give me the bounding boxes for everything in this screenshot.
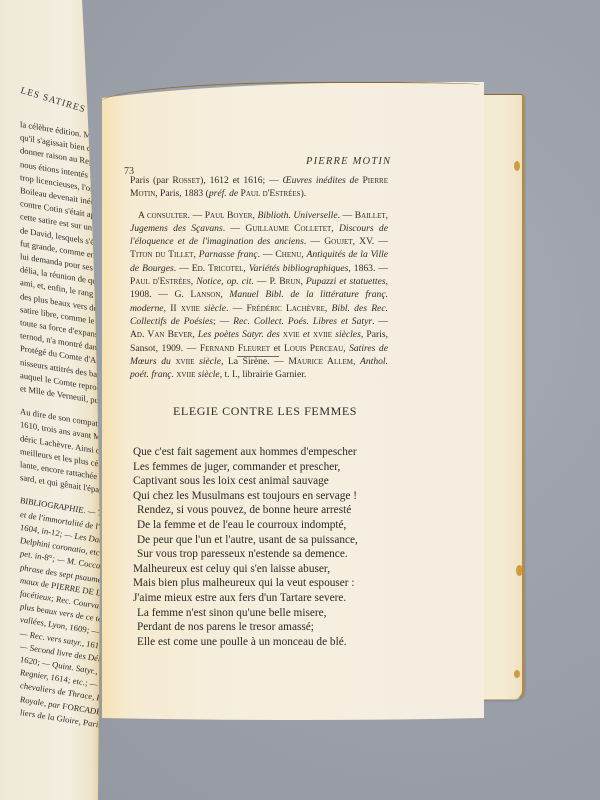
note-title: Rec. Collect. Poés. Libres et Satyr xyxy=(233,316,372,327)
note-author: Goujet xyxy=(324,236,352,247)
note-text: , XV. — xyxy=(353,236,388,247)
note-author: Ed. Tricotel xyxy=(192,263,244,274)
note-author: Paul d'Estrées xyxy=(238,188,300,199)
note-author: xviie xyxy=(313,329,332,340)
note-title: Notice, op. cit xyxy=(196,276,251,287)
note-text: , La Sirène. — xyxy=(221,356,288,367)
note-author: Titon du Tillet xyxy=(130,249,193,260)
note-author: xviie xyxy=(175,356,194,367)
note-author: Chenu xyxy=(275,249,301,260)
section-separator-rule xyxy=(237,356,279,357)
poem-line: Qui chez les Musulmans est toujours en s… xyxy=(133,489,433,504)
note-text: , xyxy=(325,303,332,314)
note-author: P. Brun xyxy=(270,276,301,287)
note-author: Rosset xyxy=(172,175,200,186)
note-title: Variétés bibliographiques xyxy=(249,263,349,274)
note-text: , xyxy=(353,356,360,367)
note-text: , xyxy=(331,223,339,234)
poem-line: Mais bien plus malheureux qui la veut es… xyxy=(133,576,433,591)
note-author: Baillet xyxy=(355,210,386,221)
note-title: Œuvres inédites de xyxy=(283,175,359,186)
note-title: Pupazzi et statuettes xyxy=(306,276,386,287)
note-title: préf. de xyxy=(209,188,238,199)
note-text: , II xyxy=(164,303,181,314)
note-text: . — xyxy=(258,249,276,260)
note-text: . — xyxy=(174,263,192,274)
note-text: . — xyxy=(223,223,246,234)
poem-line: De la femme et de l'eau le courroux indo… xyxy=(133,518,433,533)
note-title: Les poètes Satyr. des xyxy=(198,329,283,340)
poem-line: Que c'est fait sagement aux hommes d'emp… xyxy=(133,445,433,460)
poem-line: Elle est come une poulle à un monceau de… xyxy=(133,635,433,650)
note-title: et xyxy=(300,329,313,340)
note-author: xviie xyxy=(181,303,200,314)
note-text: . — xyxy=(338,210,355,221)
poem-line: J'aime mieux estre aux fers d'un Tartare… xyxy=(133,591,433,606)
note-title: Jugemens des Sçavans xyxy=(130,223,223,234)
note-text: . — xyxy=(226,303,246,314)
note-text: ). xyxy=(301,188,307,199)
note-author: Ad. Van Bever xyxy=(130,329,192,340)
note-title: Biblioth. Universelle xyxy=(257,210,337,221)
note-author: xvie xyxy=(283,329,300,340)
foxing-stain xyxy=(514,161,520,171)
note-author: A consulter. xyxy=(138,210,190,221)
note-text: , t. I., librairie Garnier. xyxy=(220,369,307,380)
note-title: Parnasse franç xyxy=(199,249,258,260)
running-head: PIERRE MOTIN xyxy=(306,156,391,167)
poem-line: Rendez, si vous pouvez, de bonne heure a… xyxy=(133,503,433,518)
note-text: . — xyxy=(304,236,324,247)
note-title: siècle xyxy=(200,303,226,314)
note-text: — xyxy=(190,210,205,221)
note-author: Fernand Fleuret xyxy=(200,343,270,354)
note-author: Maurice Allem xyxy=(288,356,353,367)
note-author: Louis Perceau xyxy=(284,343,343,354)
note-text: . — xyxy=(251,276,269,287)
note-text: , xyxy=(386,210,388,221)
note-author: Paul Boyer xyxy=(205,210,253,221)
poem-line: Malheureux est celuy qui s'en laisse abu… xyxy=(133,562,433,577)
note-text: . — xyxy=(372,316,388,327)
note-title: siècle xyxy=(195,369,219,380)
note-title: siècles xyxy=(332,329,361,340)
notes-paragraph-editions: Paris (par Rosset), 1612 et 1616; — Œuvr… xyxy=(130,174,388,201)
poem-line: De peur que l'un et l'autre, usant de sa… xyxy=(133,533,433,548)
left-page-curled: LES SATIRES FRANÇAISES la célèbre éditio… xyxy=(0,0,100,800)
note-author: Guillaume Colletet xyxy=(245,223,331,234)
poem-line: Captivant sous les loix cest animal sauv… xyxy=(133,474,433,489)
poem-body: Que c'est fait sagement aux hommes d'emp… xyxy=(133,445,433,649)
poem-line: Les femmes de juger, commander et presch… xyxy=(133,460,433,475)
poem-line: La femme n'est sinon qu'une belle misere… xyxy=(133,606,433,621)
note-text: et xyxy=(270,343,284,354)
note-text: , 1863. — xyxy=(348,263,388,274)
note-author: Frédéric Lachèvre xyxy=(246,303,324,314)
note-text: , Paris, 1883 ( xyxy=(155,188,209,199)
note-text: Paris (par xyxy=(130,175,172,186)
note-text: ; — xyxy=(213,316,233,327)
note-author: xviie xyxy=(176,369,195,380)
foxing-stain xyxy=(516,565,523,576)
bibliographic-notes: Paris (par Rosset), 1612 et 1616; — Œuvr… xyxy=(130,174,388,381)
foxing-stain xyxy=(514,670,520,678)
poem-line: Perdant de nos parens le tresor amassé; xyxy=(133,620,433,635)
note-author: G. Lanson xyxy=(174,289,220,300)
note-title: siècle xyxy=(195,356,221,367)
note-author: Paul d'Estrées xyxy=(130,276,191,287)
poem-title: ELEGIE CONTRE LES FEMMES xyxy=(173,404,357,419)
poem-line: Sur vous trop paresseux n'estende sa dem… xyxy=(133,547,433,562)
note-text: ), 1612 et 1616; — xyxy=(200,175,282,186)
